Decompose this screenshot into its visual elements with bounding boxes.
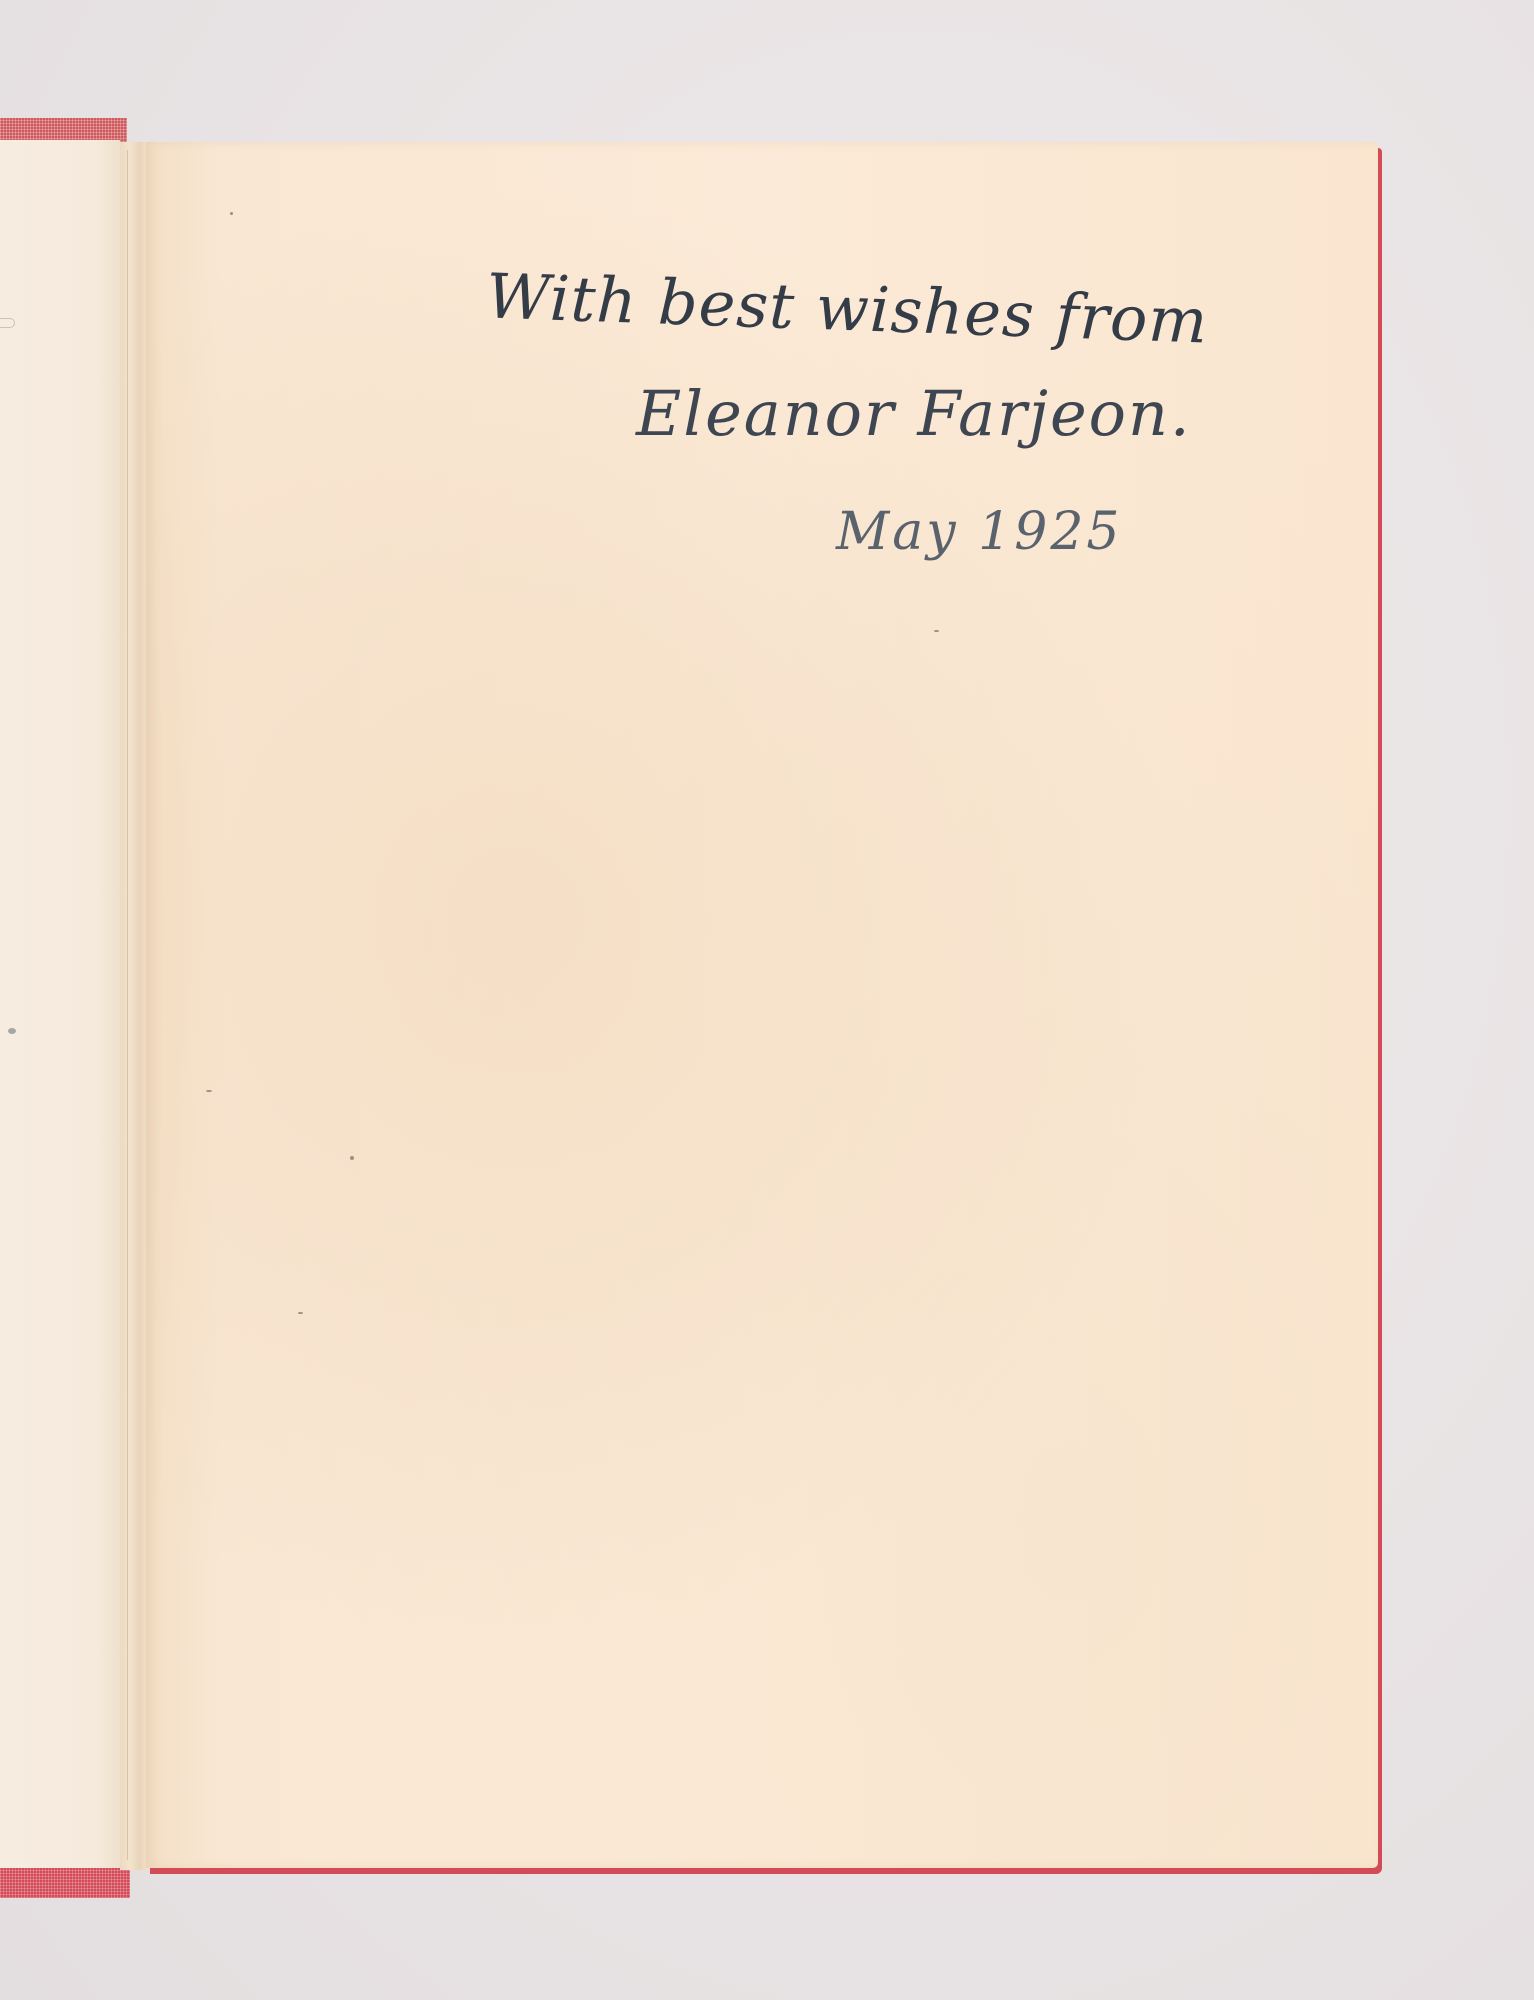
left-cover-cloth-bottom [0, 1868, 130, 1898]
paper-speck [934, 630, 939, 632]
handwritten-inscription: With best wishes from Eleanor Farjeon. M… [146, 142, 1378, 1868]
left-cover-cloth-top [0, 118, 127, 142]
pencil-mark [0, 318, 15, 328]
paper-speck [206, 1090, 212, 1092]
free-endpaper-page: With best wishes from Eleanor Farjeon. M… [146, 142, 1378, 1868]
book-gutter [120, 142, 148, 1870]
inscription-date: May 1925 [836, 502, 1123, 562]
paper-speck [230, 212, 233, 215]
paper-speck [298, 1312, 303, 1314]
paper-blemish [8, 1028, 16, 1034]
hinge-crease [127, 150, 128, 1860]
paper-speck [350, 1156, 354, 1160]
inscription-signature: Eleanor Farjeon. [636, 377, 1192, 450]
inscription-greeting: With best wishes from [485, 259, 1210, 357]
left-pastedown-page [0, 140, 120, 1870]
book-photograph: With best wishes from Eleanor Farjeon. M… [0, 0, 1534, 2000]
